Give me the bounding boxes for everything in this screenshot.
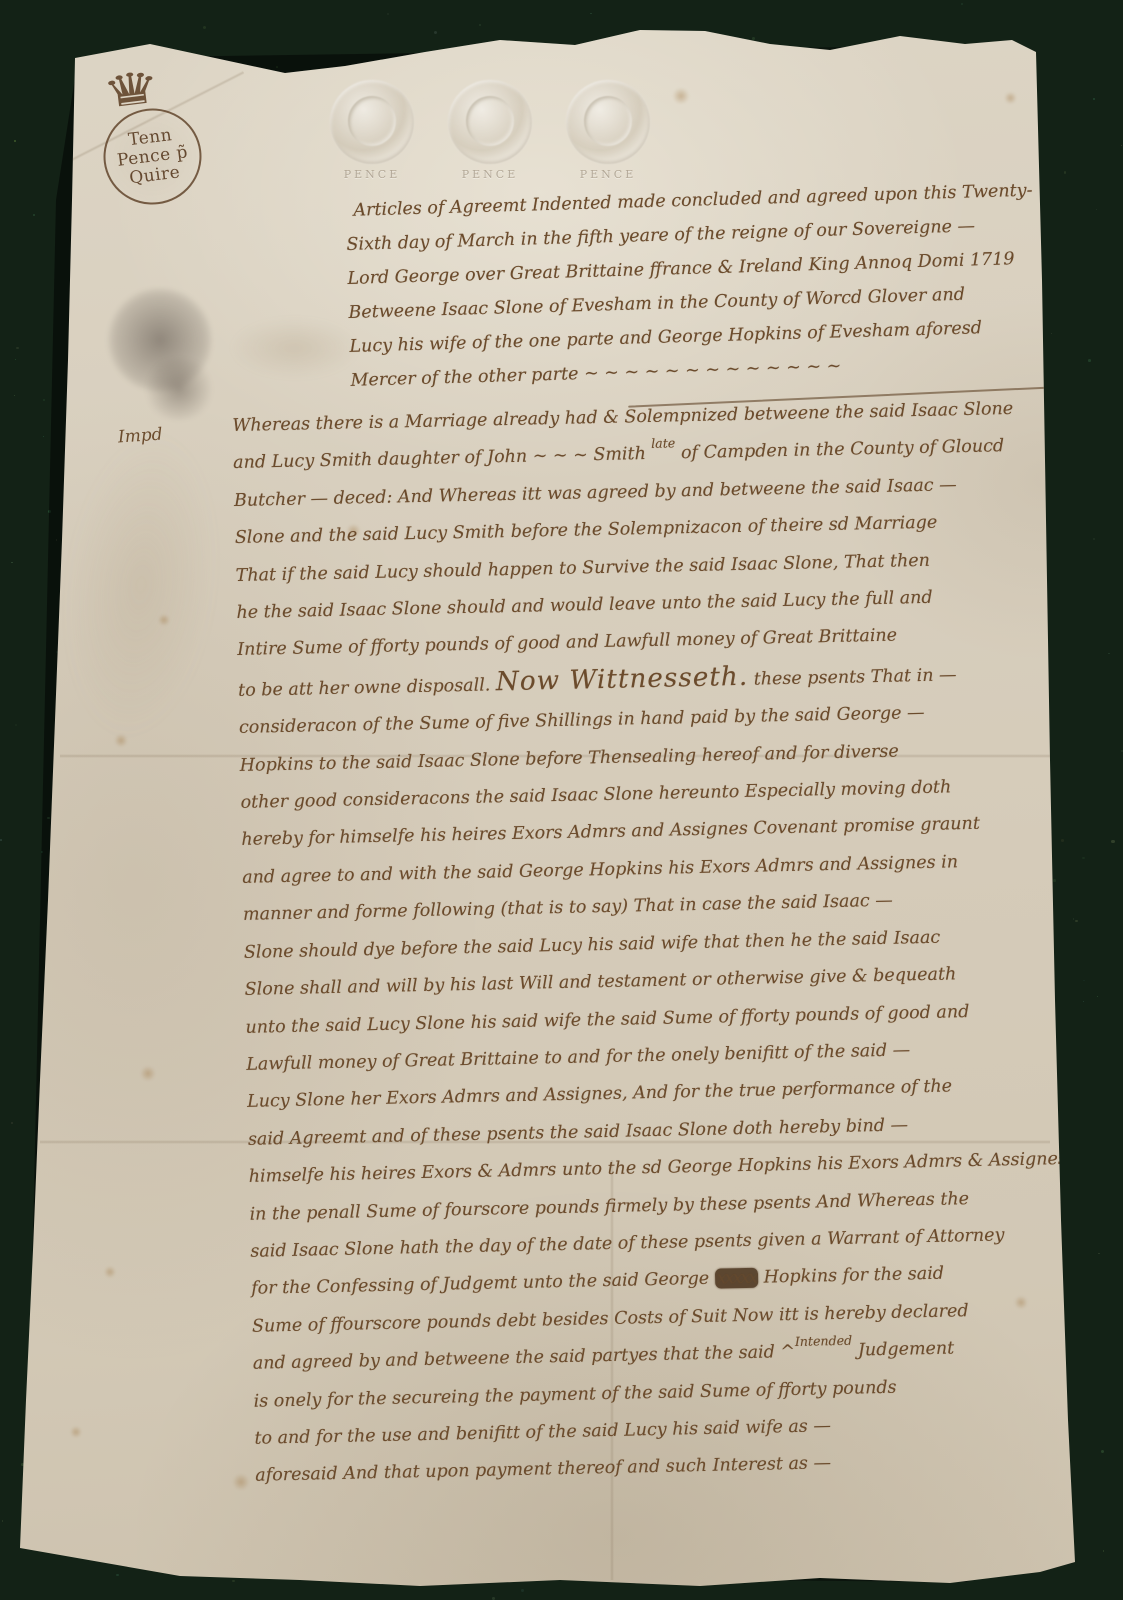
felt-speck	[11, 562, 12, 563]
felt-speck	[1093, 538, 1095, 540]
foxing-spot	[70, 1426, 82, 1438]
embossed-seal: PENCE	[322, 76, 422, 188]
foxing-spot	[232, 1474, 250, 1490]
photo-of-manuscript: { "scene": { "background_color": "#13221…	[0, 0, 1123, 1600]
felt-speck	[203, 26, 206, 29]
felt-speck	[1097, 996, 1098, 997]
felt-speck	[521, 1589, 524, 1592]
foxing-spot	[672, 88, 690, 104]
felt-speck	[434, 31, 437, 34]
felt-speck	[1111, 840, 1114, 843]
body-paragraph: Whereas there is a Marriage already had …	[232, 390, 1076, 1495]
felt-speck	[1053, 879, 1056, 882]
foxing-spot	[1004, 92, 1017, 104]
felt-speck	[1101, 1450, 1104, 1453]
foxing-spot	[158, 614, 170, 626]
embossed-caption: PENCE	[322, 168, 422, 181]
felt-speck	[752, 37, 755, 40]
rose-emboss-icon	[448, 80, 532, 164]
ink-bleedthrough	[230, 318, 360, 378]
felt-speck	[1073, 918, 1074, 919]
felt-speck	[1088, 359, 1091, 362]
felt-speck	[1108, 653, 1109, 654]
felt-speck	[961, 3, 963, 5]
felt-speck	[1082, 857, 1084, 859]
embossed-stamp-row: PENCE PENCE PENCE	[322, 76, 658, 188]
felt-speck	[1096, 209, 1097, 210]
felt-speck	[1061, 839, 1064, 842]
felt-speck	[232, 1580, 235, 1583]
felt-speck	[1093, 98, 1095, 100]
felt-speck	[15, 724, 17, 726]
duty-stamp: ♛ Tenn Pence p̃ Quire	[88, 67, 224, 221]
rose-emboss-icon	[330, 80, 414, 164]
felt-speck	[11, 1122, 13, 1124]
duty-stamp-line: Quire	[128, 163, 181, 188]
felt-speck	[33, 214, 35, 216]
ink-stain	[108, 288, 212, 392]
embossed-seal: PENCE	[558, 76, 658, 188]
rose-emboss-icon	[566, 80, 650, 164]
foxing-spot	[104, 1266, 116, 1278]
felt-speck	[0, 839, 2, 841]
felt-speck	[21, 1463, 24, 1466]
felt-speck	[1098, 1253, 1099, 1254]
embossed-caption: PENCE	[440, 168, 540, 181]
felt-speck	[116, 1574, 119, 1577]
felt-speck	[1051, 333, 1052, 334]
felt-speck	[2, 1520, 4, 1522]
felt-speck	[1064, 171, 1067, 174]
felt-speck	[492, 1597, 494, 1599]
ink-bleedthrough	[48, 422, 235, 748]
felt-speck	[1075, 920, 1077, 922]
ink-stain	[142, 358, 216, 420]
felt-speck	[1083, 1001, 1084, 1002]
felt-speck	[479, 24, 481, 26]
felt-speck	[16, 347, 18, 349]
felt-speck	[1083, 980, 1084, 981]
felt-speck	[1121, 145, 1122, 146]
margin-note-imprimis: Impd	[117, 424, 163, 447]
duty-stamp-text: Tenn Pence p̃ Quire	[98, 103, 207, 210]
felt-speck	[15, 359, 16, 360]
felt-speck	[14, 140, 16, 142]
felt-speck	[43, 399, 46, 402]
foxing-spot	[114, 734, 128, 747]
felt-speck	[387, 13, 389, 15]
opening-paragraph: Articles of Agreemt Indented made conclu…	[345, 173, 1071, 398]
document-page: ♛ Tenn Pence p̃ Quire PENCE PENCE PENCE …	[0, 0, 1123, 1600]
felt-speck	[14, 395, 15, 396]
felt-speck	[590, 13, 592, 15]
embossed-seal: PENCE	[440, 76, 540, 188]
felt-speck	[1103, 1550, 1105, 1552]
felt-speck	[43, 436, 44, 437]
embossed-caption: PENCE	[558, 168, 658, 181]
foxing-spot	[140, 1066, 156, 1081]
